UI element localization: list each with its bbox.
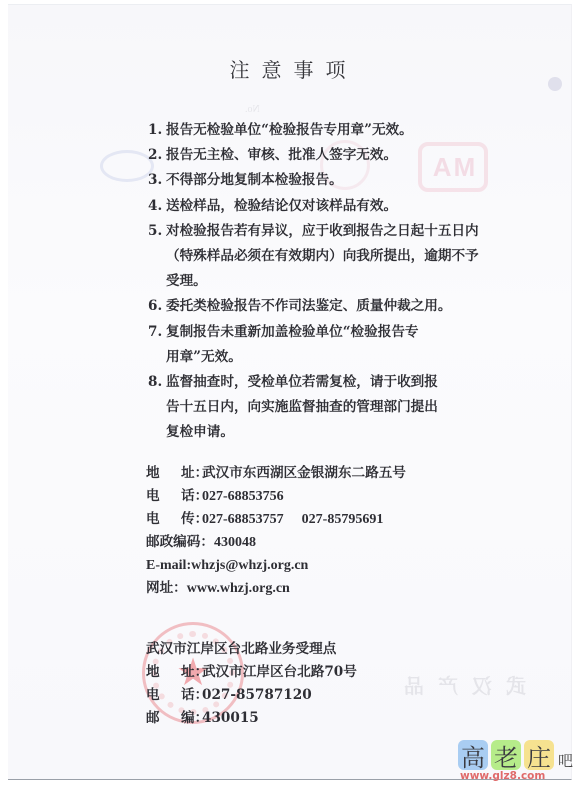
- branch-address-label: 地: [146, 661, 181, 684]
- note-item: 7.复制报告未重新加盖检验单位“检验报告专用章”无效。: [148, 320, 488, 370]
- email-value: whzjs@whzj.org.cn: [191, 554, 308, 577]
- note-number: 3.: [148, 168, 166, 193]
- note-number: 4.: [148, 194, 166, 219]
- note-number: 5.: [148, 219, 166, 295]
- email-label: E-mail:: [146, 554, 191, 577]
- watermark-suffix: 吧: [558, 750, 573, 771]
- branch-address-value: 武汉市江岸区台北路70号: [202, 661, 357, 684]
- note-number: 7.: [148, 320, 166, 370]
- note-text: 对检验报告若有异议，应于收到报告之日起十五日内（特殊样品必须在有效期内）向我所提…: [166, 219, 488, 295]
- branch-phone-row: 电话： 027-85787120: [146, 684, 526, 707]
- page-title: 注意事项: [0, 54, 575, 83]
- website-label: 网址：: [146, 577, 187, 600]
- watermark-tiles: 高 老 庄: [458, 740, 557, 770]
- postcode-value: 430048: [214, 531, 256, 554]
- branch-postcode-label: 邮: [146, 707, 181, 730]
- note-number: 2.: [148, 143, 166, 168]
- note-text: 报告无主检、审核、批准人签字无效。: [166, 143, 488, 168]
- note-text: 委托类检验报告不作司法鉴定、质量仲裁之用。: [166, 294, 488, 319]
- note-item: 1.报告无检验单位“检验报告专用章”无效。: [148, 118, 488, 143]
- watermark-char: 高: [458, 740, 488, 770]
- website-row: 网址： www.whzj.org.cn: [146, 577, 526, 600]
- note-item: 6.委托类检验报告不作司法鉴定、质量仲裁之用。: [148, 294, 488, 319]
- note-item: 8.监督抽查时，受检单位若需复检，请于收到报告十五日内，向实施监督抽查的管理部门…: [148, 370, 488, 446]
- phone-value: 027-68853756: [202, 485, 284, 508]
- postcode-row: 邮政编码： 430048: [146, 531, 526, 554]
- watermark-char: 老: [491, 740, 521, 770]
- email-row: E-mail: whzjs@whzj.org.cn: [146, 554, 526, 577]
- contact-info: 地址： 武汉市东西湖区金银湖东二路五号 电话： 027-68853756 电传：…: [146, 462, 526, 600]
- address-row: 地址： 武汉市东西湖区金银湖东二路五号: [146, 462, 526, 485]
- branch-address-row: 地址： 武汉市江岸区台北路70号: [146, 661, 526, 684]
- note-item: 4.送检样品，检验结论仅对该样品有效。: [148, 194, 488, 219]
- branch-phone-label: 电: [146, 684, 181, 707]
- note-item: 5.对检验报告若有异议，应于收到报告之日起十五日内（特殊样品必须在有效期内）向我…: [148, 219, 488, 295]
- note-number: 6.: [148, 294, 166, 319]
- branch-phone-value: 027-85787120: [202, 684, 312, 707]
- fax-value-1: 027-68853757: [202, 508, 284, 531]
- watermark-url: www.glz8.com: [460, 770, 545, 782]
- fax-value-2: 027-85795691: [302, 508, 384, 531]
- fax-label: 电: [146, 508, 181, 531]
- phone-label: 电: [146, 485, 181, 508]
- branch-name: 武汉市江岸区台北路业务受理点: [146, 638, 526, 661]
- postcode-label: 邮政编码：: [146, 531, 214, 554]
- website-value: www.whzj.org.cn: [187, 577, 290, 600]
- watermark-char: 庄: [524, 740, 554, 770]
- note-text: 不得部分地复制本检验报告。: [166, 168, 488, 193]
- address-label: 地: [146, 462, 181, 485]
- note-text: 复制报告未重新加盖检验单位“检验报告专用章”无效。: [166, 320, 431, 370]
- note-text: 报告无检验单位“检验报告专用章”无效。: [166, 118, 488, 143]
- fax-row: 电传： 027-68853757 027-85795691: [146, 508, 526, 531]
- phone-row: 电话： 027-68853756: [146, 485, 526, 508]
- address-value: 武汉市东西湖区金银湖东二路五号: [202, 462, 406, 485]
- site-watermark-logo: 高 老 庄 吧 www.glz8.com: [458, 740, 574, 790]
- branch-office-info: 武汉市江岸区台北路业务受理点 地址： 武汉市江岸区台北路70号 电话： 027-…: [146, 638, 526, 730]
- notes-list: 1.报告无检验单位“检验报告专用章”无效。 2.报告无主检、审核、批准人签字无效…: [148, 118, 488, 446]
- note-item: 3.不得部分地复制本检验报告。: [148, 168, 488, 193]
- note-text: 监督抽查时，受检单位若需复检，请于收到报告十五日内，向实施监督抽查的管理部门提出…: [166, 370, 441, 446]
- branch-postcode-value: 430015: [202, 707, 259, 730]
- note-text: 送检样品，检验结论仅对该样品有效。: [166, 194, 488, 219]
- note-item: 2.报告无主检、审核、批准人签字无效。: [148, 143, 488, 168]
- branch-postcode-row: 邮编： 430015: [146, 707, 526, 730]
- note-number: 1.: [148, 118, 166, 143]
- note-number: 8.: [148, 370, 166, 446]
